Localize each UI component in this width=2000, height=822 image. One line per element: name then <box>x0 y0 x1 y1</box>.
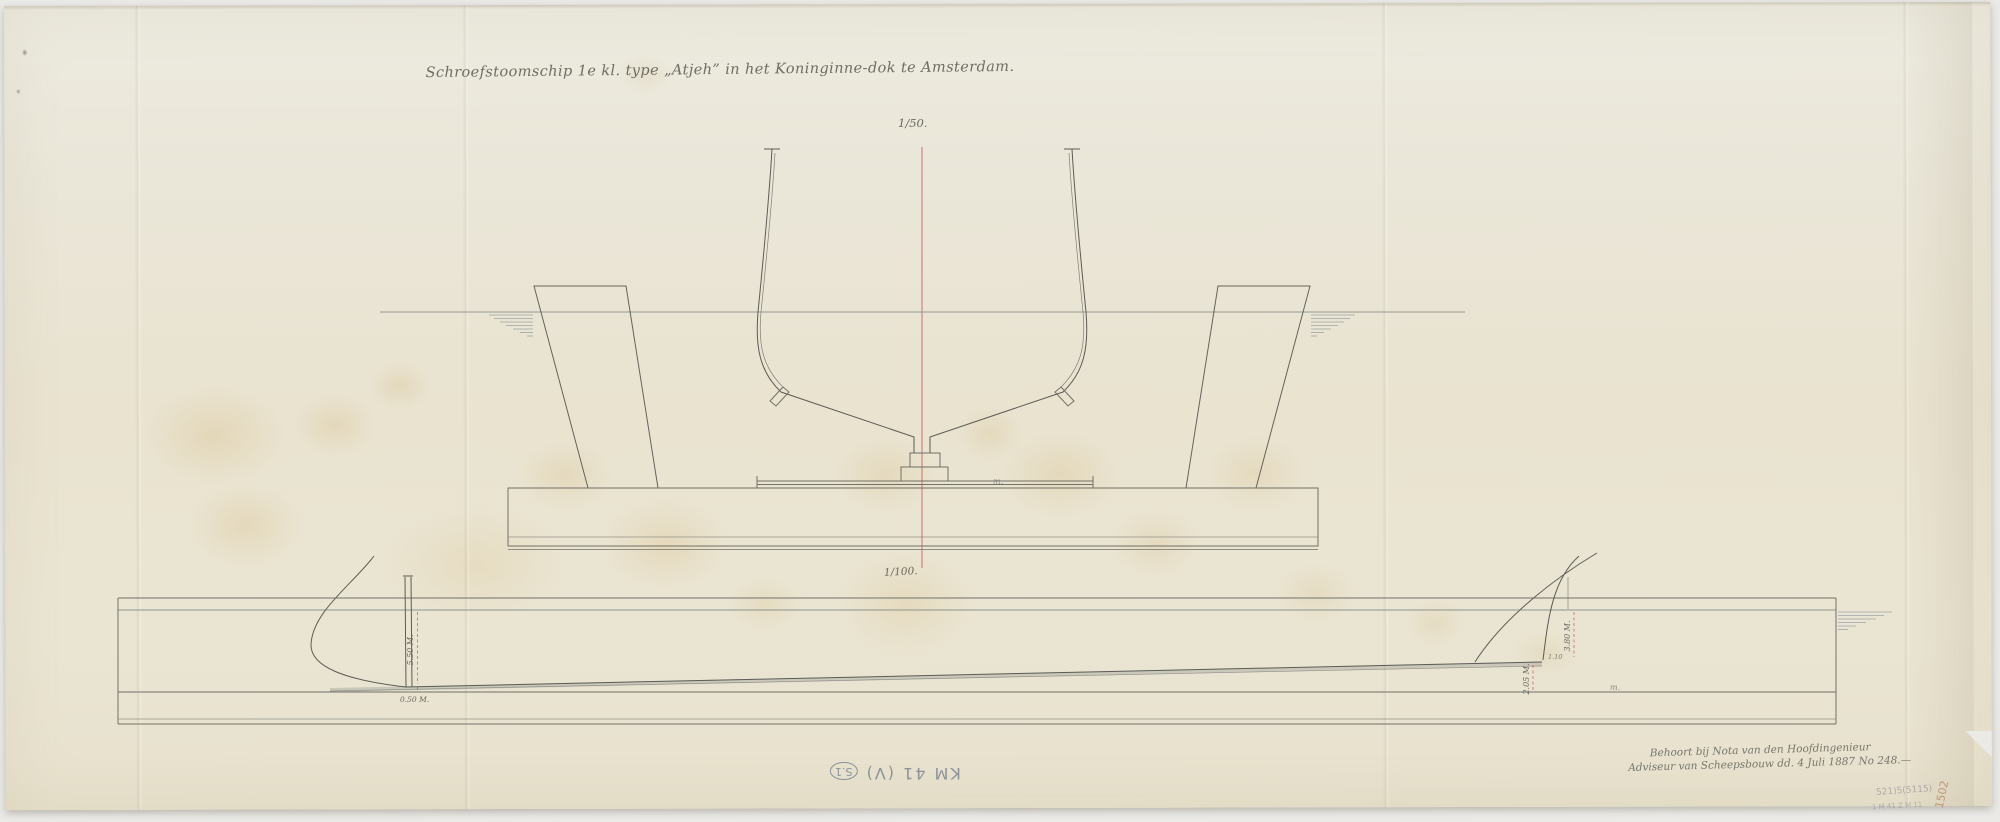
stamp-km-mark: KM 41 <box>901 764 961 783</box>
bow-profile <box>311 556 413 687</box>
dock-profile-outline <box>118 598 1836 724</box>
stamp-circled-mark: S.1 <box>830 762 857 780</box>
dock-floor <box>508 488 1318 550</box>
water-hatching-right <box>1311 315 1355 336</box>
ship-drawing: m. <box>0 0 2000 822</box>
scale-label-profile: 1/100. <box>884 565 918 579</box>
dock-wall-left <box>534 286 658 488</box>
dim-stern-depth: 3.80 M. <box>1563 620 1572 651</box>
dim-stern-minor: 1.10 <box>1548 653 1562 661</box>
pencil-mark-profile: m. <box>1610 683 1620 692</box>
pencil-mark-cross-section: m. <box>993 477 1003 486</box>
stamp-roman-numeral: (Ⅴ) <box>865 764 894 783</box>
dim-bow-depth: 5.50 M. <box>406 634 415 665</box>
hull-inner-plating-right <box>1060 153 1084 388</box>
water-hatching-left <box>489 315 533 336</box>
profile-view: 5.50 M. 0.50 M. 3.80 M. 1.10 2.05 M. m. <box>118 553 1892 724</box>
block-platform <box>757 476 1093 488</box>
stern-profile <box>1475 553 1597 662</box>
keel-block-lower <box>901 467 948 481</box>
keel-block-bed <box>330 662 1542 692</box>
dock-wall-right <box>1186 286 1310 488</box>
dim-stern-blocks: 2.05 M. <box>1522 663 1531 695</box>
scale-label-cross-section: 1/50. <box>898 116 927 130</box>
cross-section-view: m. <box>380 147 1465 568</box>
dimension-lines <box>418 612 1575 692</box>
water-hatching-dock-end <box>1838 612 1892 630</box>
dimension-labels: 5.50 M. 0.50 M. 3.80 M. 1.10 2.05 M. m. <box>400 620 1620 704</box>
hull-inner-plating-left <box>760 153 784 388</box>
dim-bow-base: 0.50 M. <box>400 695 429 704</box>
archive-stamp-upside-down: KM 41 (Ⅴ) S.1 <box>830 762 961 783</box>
keel-block-upper <box>910 453 940 467</box>
